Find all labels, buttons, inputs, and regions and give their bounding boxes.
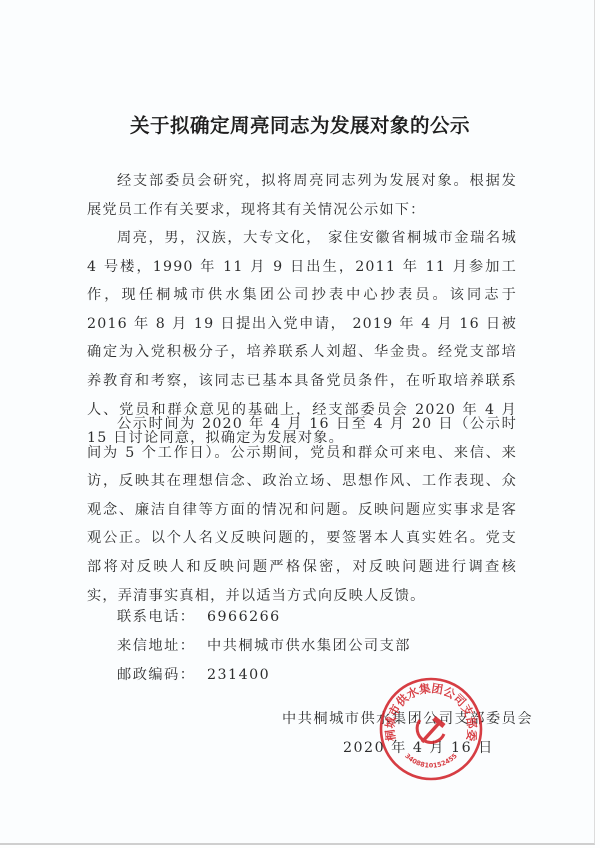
signature-organization: 中共桐城市供水集团公司支部委员会 — [282, 708, 533, 728]
contact-phone-label: 联系电话： — [117, 606, 207, 626]
contact-address-value: 中共桐城市供水集团公司支部 — [207, 638, 411, 654]
contact-phone: 联系电话：6966266 — [117, 606, 281, 626]
signature-date: 2020 年 4 月 16 日 — [343, 737, 494, 757]
paragraph-notice-period: 公示时间为 2020 年 4 月 16 日至 4 月 20 日（公示时间为 5 … — [87, 410, 517, 610]
official-seal-icon: 中共桐城市供水集团公司支部委员会 3408810152455 — [378, 676, 484, 782]
document-page: 关于拟确定周亮同志为发展对象的公示 经支部委员会研究，拟将周亮同志列为发展对象。… — [0, 0, 595, 845]
contact-postcode-label: 邮政编码： — [117, 664, 207, 684]
contact-address-label: 来信地址： — [117, 635, 207, 655]
contact-postcode: 邮政编码：231400 — [117, 664, 270, 684]
document-title: 关于拟确定周亮同志为发展对象的公示 — [0, 110, 600, 138]
contact-postcode-value: 231400 — [207, 667, 270, 683]
paragraph-intro: 经支部委员会研究，拟将周亮同志列为发展对象。根据发展党员工作有关要求，现将其有关… — [87, 167, 517, 224]
contact-phone-value: 6966266 — [207, 609, 281, 625]
contact-address: 来信地址：中共桐城市供水集团公司支部 — [117, 635, 411, 655]
